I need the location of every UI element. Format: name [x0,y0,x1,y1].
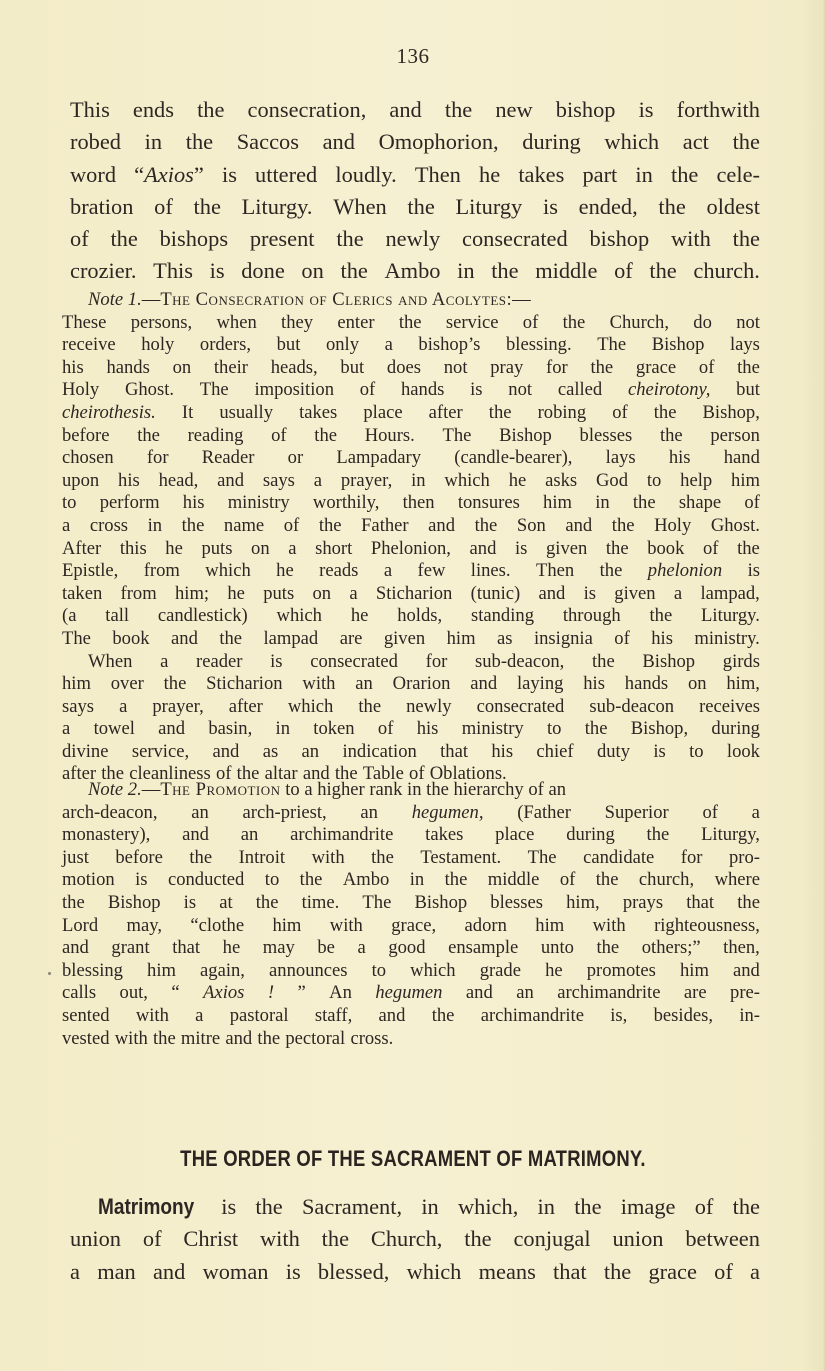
section-lines: unionofChristwiththeChurch,theconjugalun… [70,1223,760,1288]
print-speck [48,972,51,975]
text-line: unionofChristwiththeChurch,theconjugalun… [70,1223,760,1255]
text-line: Whenareaderisconsecratedforsub-deacon,th… [62,651,760,674]
text-line: theBishopisatthetime.TheBishopblesseshim… [62,892,760,915]
note-2-heading-line: Note 2.—The Promotion to a higher rank i… [62,779,760,802]
section-lead-word: Matrimony [98,1191,194,1223]
text-line: Lordmay,“clothehimwithgrace,adornhimwith… [62,915,760,938]
book-page: 136 Thisendstheconsecration,andthenewbis… [0,0,826,1371]
note-2: Note 2.—The Promotion to a higher rank i… [62,779,760,1050]
note-2-body: arch-deacon,anarch-priest,anhegumen,(Fat… [62,802,760,1051]
text-line: himovertheSticharionwithanOrarionandlayi… [62,673,760,696]
text-line: arch-deacon,anarch-priest,anhegumen,(Fat… [62,802,760,825]
text-line: andgrantthathemaybeagoodensampleuntotheo… [62,937,760,960]
note-1-second-paragraph: Whenareaderisconsecratedforsub-deacon,th… [62,651,760,787]
text-line: chosenforReaderorLampadary(candle-bearer… [62,447,760,470]
text-line: amanandwomanisblessed,whichmeansthattheg… [70,1256,760,1288]
page-number: 136 [0,44,826,69]
page-edge-shadow [822,0,826,1371]
note-1-heading-line: Note 1.—The Consecration of Clerics and … [62,289,760,312]
note-2-label: Note 2. [88,779,142,800]
note-2-first-line: to a higher rank in the hierarchy of an [285,779,566,800]
note-1-body: Thesepersons,whentheyentertheserviceofth… [62,312,760,651]
text-line: justbeforetheIntroitwiththeTestament.The… [62,847,760,870]
text-line: Thebookandthelampadaregivenhimasinsignia… [62,628,760,651]
text-line: Epistle,fromwhichhereadsafewlines.Thenth… [62,560,760,583]
text-line: blessinghimagain,announcestowhichgradehe… [62,960,760,983]
text-line: receiveholyorders,butonlyabishop’sblessi… [62,334,760,357]
note-1-label: Note 1. [88,289,142,310]
text-line: robedintheSaccosandOmophorion,duringwhic… [70,126,760,158]
text-line: monastery),andanarchimandritetakesplaced… [62,824,760,847]
text-line: motionisconductedtotheAmbointhemiddleoft… [62,869,760,892]
text-line: toperformhisministryworthily,thentonsure… [62,492,760,515]
section-heading: THE ORDER OF THE SACRAMENT OF MATRIMONY. [74,1146,751,1172]
text-line: brationoftheLiturgy.WhentheLiturgyisende… [70,191,760,223]
text-line: crozier.ThisisdoneontheAmbointhemiddleof… [70,255,760,287]
text-line: uponhishead,andsaysaprayer,inwhichheasks… [62,470,760,493]
text-line: saysaprayer,afterwhichthenewlyconsecrate… [62,696,760,719]
text-line: sentedwithapastoralstaff,andthearchimand… [62,1005,760,1028]
text-line: (atallcandlestick)whichheholds,standingt… [62,605,760,628]
text-line: divineservice,andasanindicationthathisch… [62,741,760,764]
note-1: Note 1.—The Consecration of Clerics and … [62,289,760,786]
text-line: ofthebishopspresentthenewlyconsecratedbi… [70,223,760,255]
text-line: acrossinthenameoftheFatherandtheSonandth… [62,515,760,538]
text-line: Thesepersons,whentheyentertheserviceofth… [62,312,760,335]
text-line: atowelandbasin,intokenofhisministrytothe… [62,718,760,741]
text-line: vestedwiththemitreandthepectoralcross. [62,1028,760,1051]
text-line: HolyGhost.Theimpositionofhandsisnotcalle… [62,379,760,402]
section-body: Matrimony istheSacrament,inwhich,intheim… [70,1191,760,1288]
text-line: cheirothesis.Itusuallytakesplaceafterthe… [62,402,760,425]
text-line: Thisendstheconsecration,andthenewbishopi… [70,94,760,126]
section-first-line: Matrimony istheSacrament,inwhich,intheim… [70,1191,760,1223]
note-2-title: The Promotion [160,779,280,800]
intro-paragraph: Thisendstheconsecration,andthenewbishopi… [70,94,760,288]
text-line: takenfromhim;heputsonaSticharion(tunic)a… [62,583,760,606]
text-line: beforethereadingoftheHours.TheBishopbles… [62,425,760,448]
text-line: hishandsontheirheads,butdoesnotprayforth… [62,357,760,380]
text-line: callsout,“Axios!”Anhegumenandanarchimand… [62,982,760,1005]
text-line: word“Axios”isutteredloudly.Thenhetakespa… [70,159,760,191]
note-1-title: The Consecration of Clerics and Acolytes… [160,289,512,310]
text-line: AfterthisheputsonashortPhelonion,andisgi… [62,538,760,561]
